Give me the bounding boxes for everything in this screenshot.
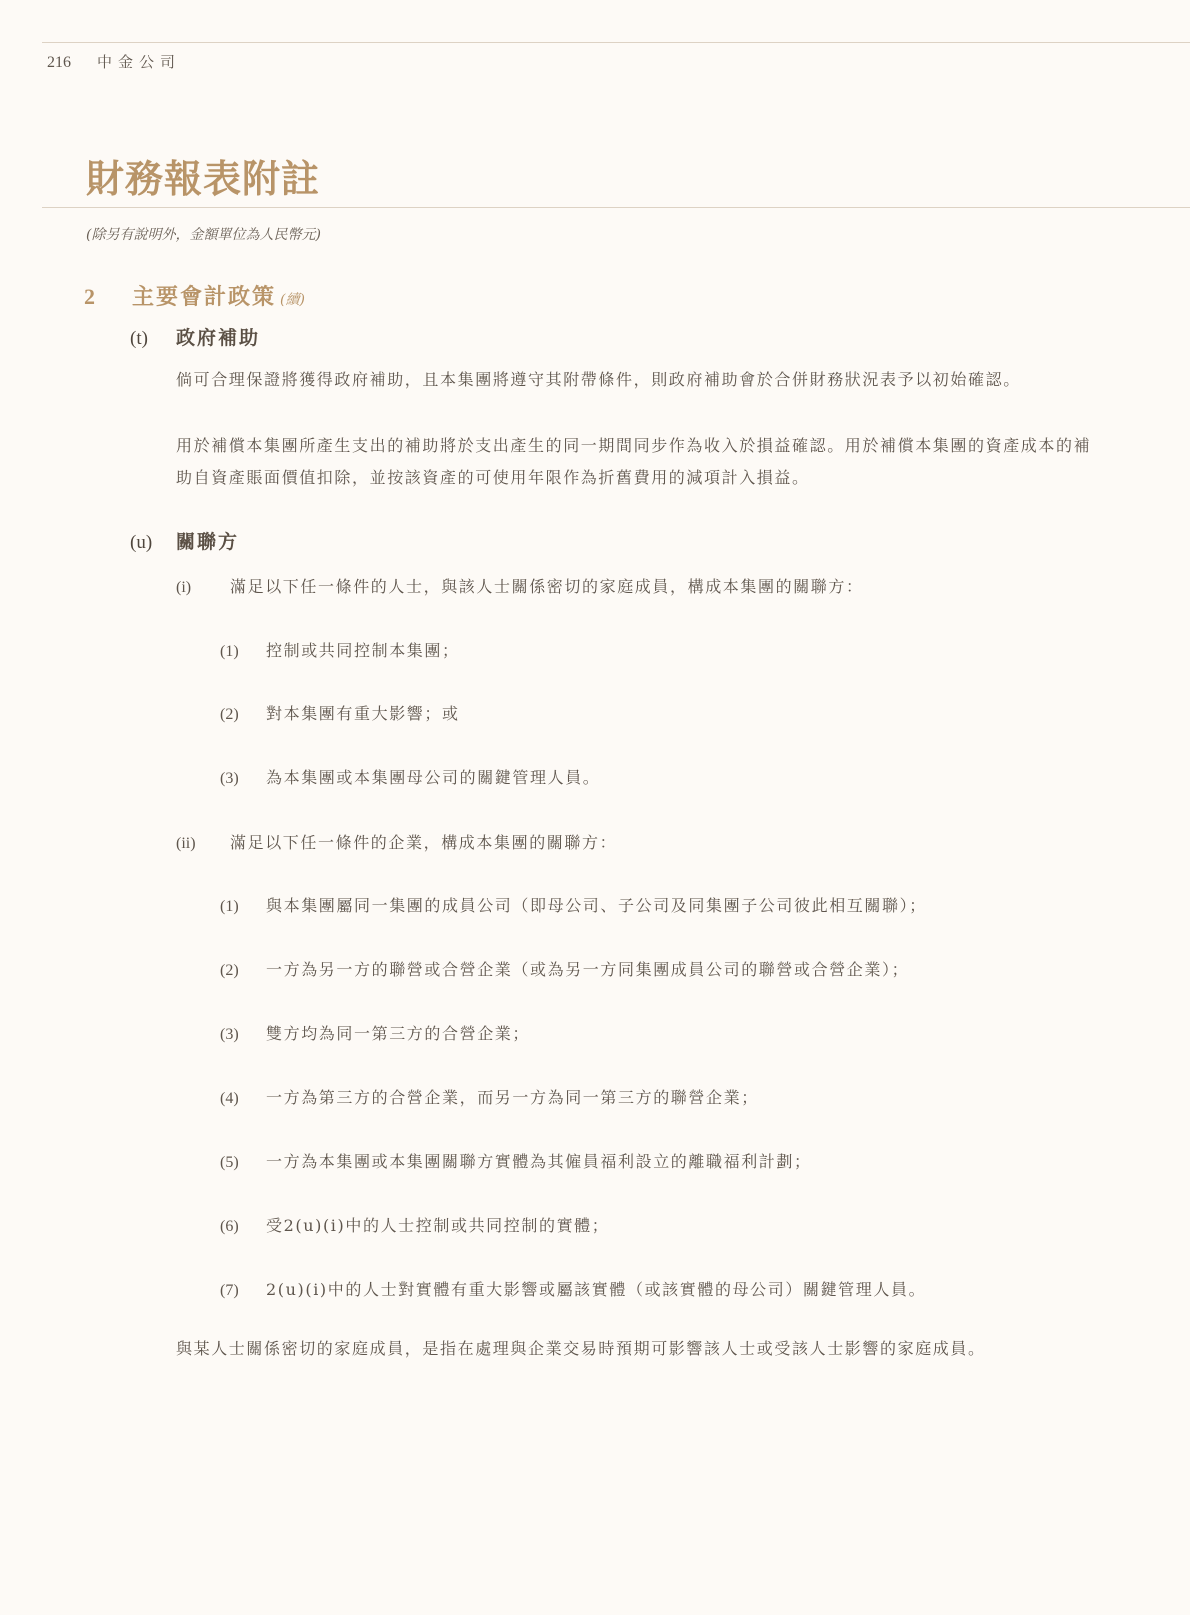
sub-list-item: (3) 為本集團或本集團母公司的關鍵管理人員。	[220, 765, 600, 788]
page-header: 216 中金公司	[47, 51, 181, 72]
subsection-heading-t: (t) 政府補助	[130, 323, 260, 350]
sub-list-item: (3) 雙方均為同一第三方的合營企業；	[220, 1021, 530, 1044]
closing-paragraph: 與某人士關係密切的家庭成員，是指在處理與企業交易時預期可影響該人士或受該人士影響…	[176, 1333, 1106, 1365]
list-text: 滿足以下任一條件的企業，構成本集團的關聯方：	[230, 830, 617, 853]
list-marker: (1)	[220, 643, 266, 661]
list-marker: (2)	[220, 962, 266, 980]
list-text: 為本集團或本集團母公司的關鍵管理人員。	[266, 765, 600, 788]
section-heading: 2 主要會計政策 (續)	[84, 280, 305, 311]
list-text: 2(u)(i)中的人士對實體有重大影響或屬該實體（或該實體的母公司）關鍵管理人員…	[266, 1277, 926, 1300]
paragraph: 用於補償本集團所產生支出的補助將於支出產生的同一期間同步作為收入於損益確認。用於…	[176, 430, 1106, 494]
list-text: 控制或共同控制本集團；	[266, 638, 460, 661]
list-marker: (3)	[220, 770, 266, 788]
list-item: (ii) 滿足以下任一條件的企業，構成本集團的關聯方：	[176, 830, 617, 853]
document-title: 財務報表附註	[86, 148, 320, 203]
section-continued: (續)	[280, 289, 305, 309]
section-number: 2	[84, 284, 132, 310]
list-marker: (4)	[220, 1090, 266, 1108]
title-rule	[42, 207, 1190, 208]
unit-note: (除另有說明外，金額單位為人民幣元)	[86, 224, 321, 244]
subsection-title: 關聯方	[176, 527, 239, 554]
paragraph: 倘可合理保證將獲得政府補助，且本集團將遵守其附帶條件，則政府補助會於合併財務狀況…	[176, 364, 1106, 396]
list-text: 一方為另一方的聯營或合營企業（或為另一方同集團成員公司的聯營或合營企業）；	[266, 957, 909, 980]
sub-list-item: (1) 與本集團屬同一集團的成員公司（即母公司、子公司及同集團子公司彼此相互關聯…	[220, 893, 927, 916]
list-text: 受2(u)(i)中的人士控制或共同控制的實體；	[266, 1213, 609, 1236]
list-item: (i) 滿足以下任一條件的人士，與該人士關係密切的家庭成員，構成本集團的關聯方：	[176, 574, 864, 597]
list-marker: (i)	[176, 579, 230, 597]
sub-list-item: (6) 受2(u)(i)中的人士控制或共同控制的實體；	[220, 1213, 609, 1236]
list-marker: (7)	[220, 1282, 266, 1300]
subsection-title: 政府補助	[176, 323, 260, 350]
list-text: 一方為第三方的合營企業，而另一方為同一第三方的聯營企業；	[266, 1085, 759, 1108]
subsection-label: (t)	[130, 328, 176, 350]
list-text: 對本集團有重大影響；或	[266, 701, 460, 724]
header-rule	[42, 42, 1190, 43]
list-text: 與本集團屬同一集團的成員公司（即母公司、子公司及同集團子公司彼此相互關聯）；	[266, 893, 927, 916]
sub-list-item: (2) 對本集團有重大影響；或	[220, 701, 460, 724]
page-number: 216	[47, 54, 97, 72]
subsection-heading-u: (u) 關聯方	[130, 527, 239, 554]
sub-list-item: (4) 一方為第三方的合營企業，而另一方為同一第三方的聯營企業；	[220, 1085, 759, 1108]
list-marker: (1)	[220, 898, 266, 916]
sub-list-item: (1) 控制或共同控制本集團；	[220, 638, 460, 661]
list-marker: (2)	[220, 706, 266, 724]
company-name: 中金公司	[97, 51, 181, 72]
subsection-label: (u)	[130, 532, 176, 554]
sub-list-item: (5) 一方為本集團或本集團關聯方實體為其僱員福利設立的離職福利計劃；	[220, 1149, 812, 1172]
list-marker: (6)	[220, 1218, 266, 1236]
list-marker: (ii)	[176, 835, 230, 853]
list-marker: (5)	[220, 1154, 266, 1172]
sub-list-item: (7) 2(u)(i)中的人士對實體有重大影響或屬該實體（或該實體的母公司）關鍵…	[220, 1277, 926, 1300]
list-marker: (3)	[220, 1026, 266, 1044]
list-text: 一方為本集團或本集團關聯方實體為其僱員福利設立的離職福利計劃；	[266, 1149, 812, 1172]
list-text: 滿足以下任一條件的人士，與該人士關係密切的家庭成員，構成本集團的關聯方：	[230, 574, 864, 597]
sub-list-item: (2) 一方為另一方的聯營或合營企業（或為另一方同集團成員公司的聯營或合營企業）…	[220, 957, 909, 980]
list-text: 雙方均為同一第三方的合營企業；	[266, 1021, 530, 1044]
section-title: 主要會計政策	[132, 280, 276, 311]
